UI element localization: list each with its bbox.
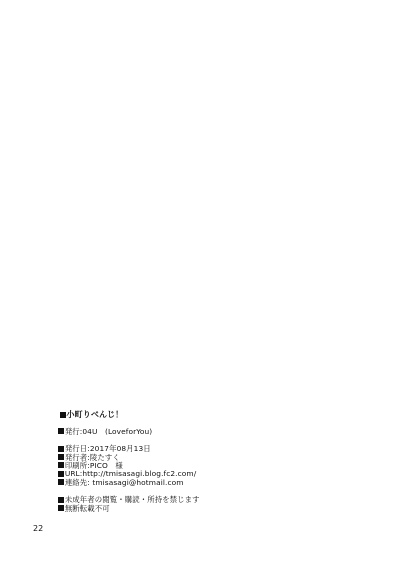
bullet-square-icon [58,497,64,503]
bullet-square-icon [58,479,64,485]
colophon: 小町りべんじ！ 発行:04U (LoveforYou) 発行日:2017年08月… [48,402,248,505]
notice-reprint: 無断転載不可 [65,504,110,513]
colophon-title-line: 小町りべんじ！ [48,402,248,410]
contact: 連絡先: tmisasagi@hotmail.com [65,478,184,487]
notice-minors-line: 未成年者の閲覧・購読・所持を禁じます [48,488,248,496]
issue-date-line: 発行日:2017年08月13日 [48,437,248,445]
book-title: 小町りべんじ！ [67,409,124,419]
bullet-square-icon [60,412,66,418]
publisher-circle-line: 発行:04U (LoveforYou) [48,419,248,427]
bullet-square-icon [58,428,64,434]
bullet-square-icon [58,454,64,460]
bullet-square-icon [58,446,64,452]
bullet-square-icon [58,462,64,468]
page-number: 22 [33,524,43,533]
publisher-circle: 発行:04U (LoveforYou) [65,427,152,436]
bullet-square-icon [58,471,64,477]
bullet-square-icon [58,505,64,511]
